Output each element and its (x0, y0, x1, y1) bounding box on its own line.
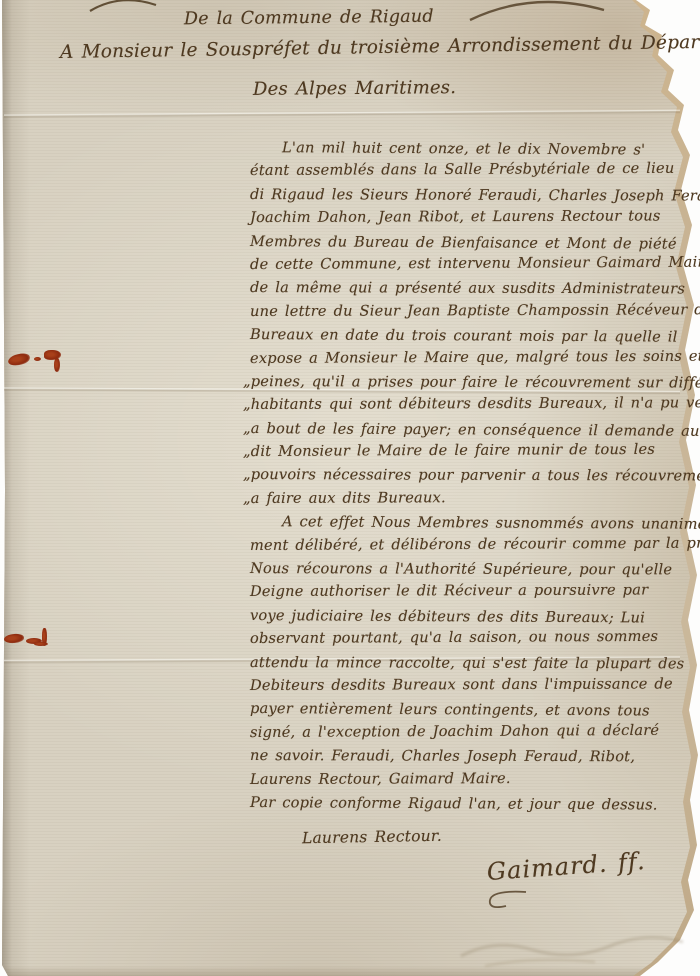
body-line: ment délibéré, et délibérons de récourir… (250, 531, 686, 557)
body-line: „habitants qui sont débiteurs desdits Bu… (243, 392, 686, 417)
scanned-letter-page: De la Commune de Rigaud A Monsieur le So… (0, 0, 700, 976)
body-line: Debiteurs desdits Bureaux sont dans l'im… (250, 672, 686, 697)
body-line: signé, a l'exception de Joachim Dahon qu… (250, 718, 686, 744)
body-line: „pouvoirs nécessaires pour parvenir a to… (243, 463, 686, 488)
heading-commune: De la Commune de Rigaud (184, 7, 434, 30)
body-line: expose a Monsieur le Maire que, malgré t… (250, 344, 686, 370)
ink-showthrough (455, 922, 690, 970)
body-line: „a faire aux dits Bureaux. (243, 485, 686, 510)
body-line: étant assemblés dans la Salle Présbytéri… (250, 157, 686, 183)
body-line: „dit Monsieur le Maire de le faire munir… (243, 438, 686, 464)
body-line: de cette Commune, est intervenu Monsieur… (250, 251, 686, 277)
heading-department: Des Alpes Maritimes. (253, 77, 456, 100)
body-line: ne savoir. Feraudi, Charles Joseph Ferau… (250, 744, 686, 769)
body-line: Laurens Rectour, Gaimard Maire. (250, 766, 686, 791)
body-line: Par copie conforme Rigaud l'an, et jour … (250, 791, 686, 817)
body-line: une lettre du Sieur Jean Baptiste Champo… (250, 298, 686, 323)
body-line: de la même qui a présenté aux susdits Ad… (250, 276, 686, 301)
body-line: Joachim Dahon, Jean Ribot, et Laurens Re… (250, 204, 686, 229)
body-line: Deigne authoriser le dit Réciveur a pour… (250, 579, 686, 604)
letter-body: L'an mil huit cent onze, et le dix Novem… (250, 136, 686, 814)
body-line: observant pourtant, qu'a la saison, ou n… (250, 625, 686, 651)
sign-off-rectour: Laurens Rectour. (302, 827, 442, 847)
